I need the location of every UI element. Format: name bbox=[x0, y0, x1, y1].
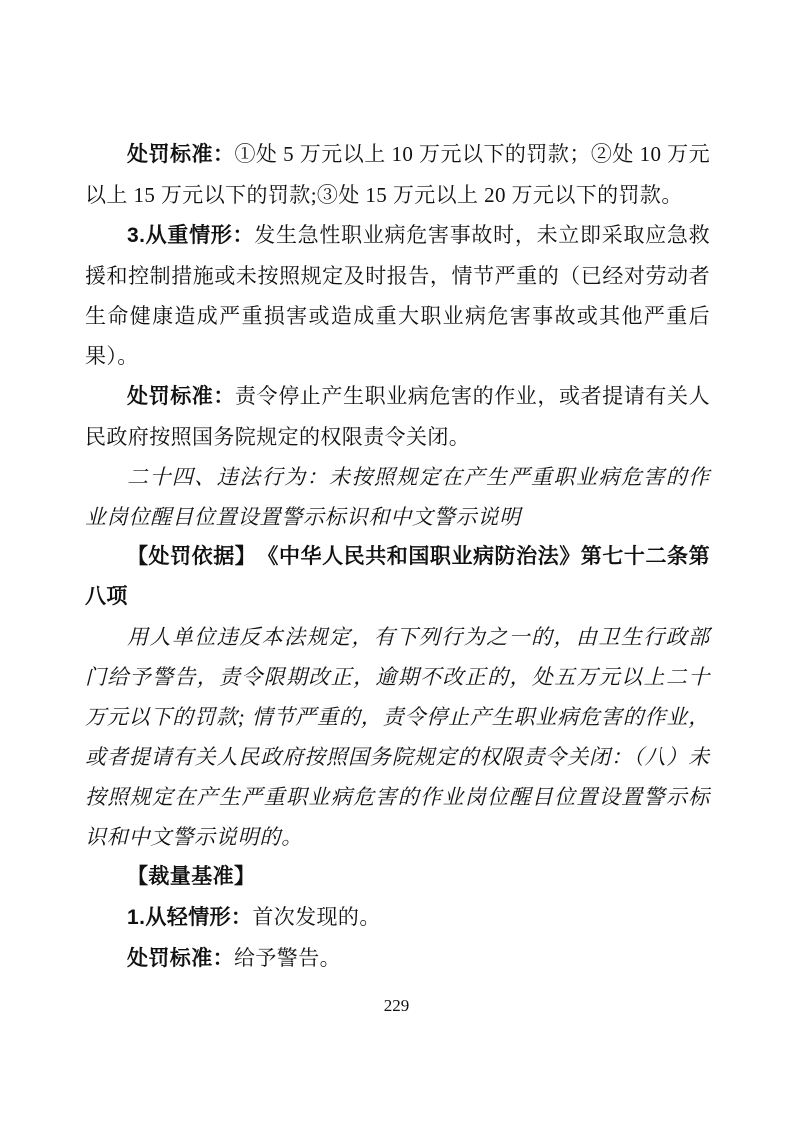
paragraph-label: 1.从轻情形： bbox=[127, 906, 252, 929]
paragraph-label: 处罚标准： bbox=[127, 143, 234, 166]
paragraph-mitigating-circumstance: 1.从轻情形：首次发现的。 bbox=[85, 897, 710, 938]
paragraph-text: 二十四、违法行为：未按照规定在产生严重职业病危害的作业岗位醒目位置设置警示标识和… bbox=[85, 465, 710, 529]
paragraph-aggravating-circumstance: 3.从重情形：发生急性职业病危害事故时，未立即采取应急救援和控制措施或未按照规定… bbox=[85, 215, 710, 376]
paragraph-penalty-standard-warning: 处罚标准：给予警告。 bbox=[85, 938, 710, 979]
paragraph-penalty-standard-shutdown: 处罚标准：责令停止产生职业病危害的作业，或者提请有关人民政府按照国务院规定的权限… bbox=[85, 376, 710, 457]
paragraph-penalty-basis: 【处罚依据】《中华人民共和国职业病防治法》第七十二条第八项 bbox=[85, 537, 710, 617]
page-number: 229 bbox=[0, 996, 793, 1016]
paragraph-discretion-benchmark-heading: 【裁量基准】 bbox=[85, 857, 710, 897]
paragraph-label: 【裁量基准】 bbox=[127, 865, 255, 888]
paragraph-label: 处罚标准： bbox=[127, 385, 235, 408]
paragraph-text: 给予警告。 bbox=[234, 946, 341, 970]
paragraph-violation-24-heading: 二十四、违法行为：未按照规定在产生严重职业病危害的作业岗位醒目位置设置警示标识和… bbox=[85, 457, 710, 537]
paragraph-label: 处罚标准： bbox=[127, 947, 234, 970]
paragraph-penalty-standard-fines: 处罚标准：①处 5 万元以上 10 万元以下的罚款；②处 10 万元以上 15 … bbox=[85, 134, 710, 215]
paragraph-label: 3.从重情形： bbox=[127, 224, 254, 247]
paragraph-text: 用人单位违反本法规定，有下列行为之一的，由卫生行政部门给予警告，责令限期改正，逾… bbox=[85, 625, 710, 849]
paragraph-law-quotation: 用人单位违反本法规定，有下列行为之一的，由卫生行政部门给予警告，责令限期改正，逾… bbox=[85, 617, 710, 857]
document-body: 处罚标准：①处 5 万元以上 10 万元以下的罚款；②处 10 万元以上 15 … bbox=[85, 134, 710, 979]
document-page: 处罚标准：①处 5 万元以上 10 万元以下的罚款；②处 10 万元以上 15 … bbox=[0, 0, 793, 1122]
paragraph-text: 首次发现的。 bbox=[252, 905, 380, 929]
paragraph-label: 【处罚依据】 bbox=[127, 545, 256, 568]
